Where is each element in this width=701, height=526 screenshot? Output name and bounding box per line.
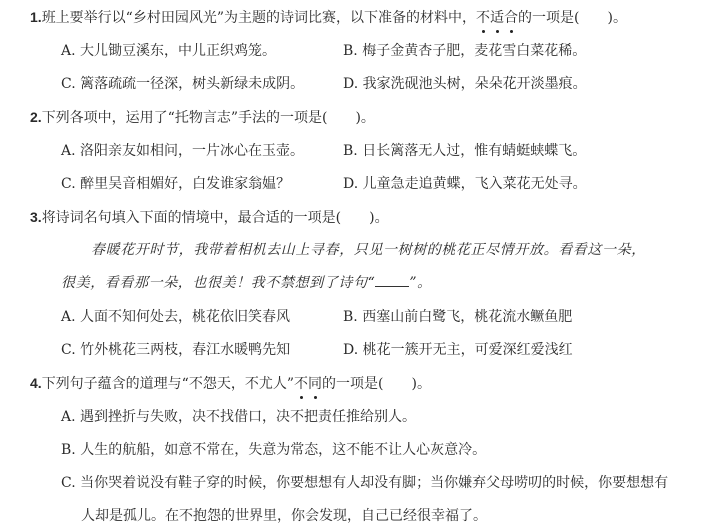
emphasis-char: 适: [490, 8, 504, 28]
question-3-passage-line-2: 很美，看看那一朵，也很美！我不禁想到了诗句“”。: [61, 273, 432, 293]
question-number: 3.: [30, 209, 42, 225]
question-1-stem: 1.班上要举行以“乡村田园风光”为主题的诗词比赛，以下准备的材料中，不适合的一项…: [30, 7, 627, 28]
emphasis-char: 不: [476, 8, 490, 28]
question-3-option-c: C. 竹外桃花三两枝，春江水暖鸭先知: [61, 340, 290, 360]
question-4-option-c-line-1: C. 当你哭着说没有鞋子穿的时候，你要想想有人却没有脚；当你嫌弃父母唠叨的时候，…: [61, 473, 668, 493]
emphasis-char: 不: [294, 374, 308, 394]
question-number: 1.: [30, 9, 42, 25]
question-4-option-c-line-2: 人却是孤儿。在不抱怨的世界里，你会发现，自己已经很幸福了。: [81, 506, 487, 526]
question-3-option-d: D. 桃花一簇开无主，可爱深红爱浅红: [343, 340, 573, 360]
emphasis-char: 合: [504, 8, 518, 28]
question-3-option-b: B. 西塞山前白鹭飞，桃花流水鳜鱼肥: [343, 307, 572, 327]
question-3-stem: 3.将诗词名句填入下面的情境中，最合适的一项是( )。: [30, 207, 389, 228]
question-3-option-a: A. 人面不知何处去，桃花依旧笑春风: [61, 307, 290, 327]
question-1-option-a: A. 大儿锄豆溪东，中儿正织鸡笼。: [61, 41, 276, 61]
question-number: 4.: [30, 375, 42, 391]
emphasis-char: 同: [308, 374, 322, 394]
question-3-passage-line-1: 春暖花开时节，我带着相机去山上寻春，只见一树树的桃花正尽情开放。看看这一朵，: [91, 240, 646, 260]
question-1-option-b: B. 梅子金黄杏子肥，麦花雪白菜花稀。: [343, 41, 586, 61]
question-2-option-d: D. 儿童急走追黄蝶，飞入菜花无处寻。: [343, 174, 587, 194]
question-4-stem: 4.下列句子蕴含的道理与“不怨天，不尤人”不同的一项是( )。: [30, 373, 431, 394]
question-2-option-b: B. 日长篱落无人过，惟有蜻蜓蛱蝶飞。: [343, 141, 586, 161]
question-2-option-a: A. 洛阳亲友如相问，一片冰心在玉壶。: [61, 141, 304, 161]
question-2-stem: 2.下列各项中，运用了“托物言志”手法的一项是( )。: [30, 107, 375, 128]
question-2-option-c: C. 醉里吴音相媚好，白发谁家翁媪？: [61, 174, 290, 194]
question-4-option-a: A. 遇到挫折与失败，决不找借口，决不把责任推给别人。: [61, 407, 416, 427]
question-1-option-c: C. 篱落疏疏一径深，树头新绿未成阴。: [61, 74, 304, 94]
question-1-option-d: D. 我家洗砚池头树，朵朵花开淡墨痕。: [343, 74, 587, 94]
question-4-option-b: B. 人生的航船，如意不常在，失意为常态，这不能不让人心灰意冷。: [61, 440, 486, 460]
fill-in-blank: [375, 274, 409, 287]
question-number: 2.: [30, 109, 42, 125]
